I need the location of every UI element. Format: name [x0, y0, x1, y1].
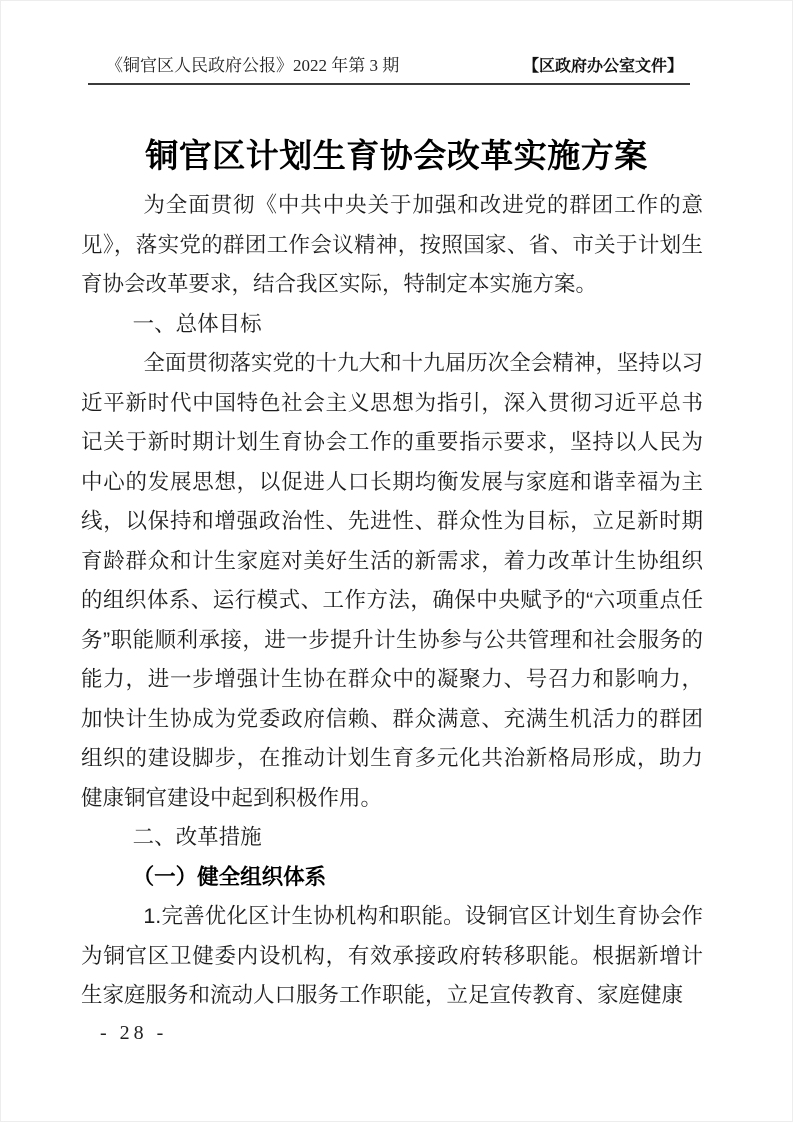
document-title: 铜官区计划生育协会改革实施方案 — [0, 136, 793, 176]
paragraph-item-1: 1.完善优化区计生协机构和职能。设铜官区计划生育协会作为铜官区卫健委内设机构，有… — [81, 897, 703, 1016]
section-heading-reform-measures: 二、改革措施 — [81, 818, 703, 858]
paragraph-intro: 为全面贯彻《中共中央关于加强和改进党的群团工作的意见》，落实党的群团工作会议精神… — [81, 186, 703, 305]
document-body: 为全面贯彻《中共中央关于加强和改进党的群团工作的意见》，落实党的群团工作会议精神… — [81, 186, 703, 1016]
page-number: - 28 - — [100, 1022, 167, 1045]
document-page: 《铜官区人民政府公报》2022 年第 3 期 【区政府办公室文件】 铜官区计划生… — [0, 0, 793, 1122]
subsection-heading-organization-system: （一）健全组织体系 — [81, 858, 703, 898]
header-divider-rule — [88, 83, 690, 85]
section-heading-overall-goal: 一、总体目标 — [81, 305, 703, 345]
header-document-category: 【区政府办公室文件】 — [523, 56, 683, 77]
paragraph-overall-goal: 全面贯彻落实党的十九大和十九届历次全会精神，坚持以习近平新时代中国特色社会主义思… — [81, 344, 703, 818]
header-gazette-title: 《铜官区人民政府公报》2022 年第 3 期 — [106, 55, 399, 77]
